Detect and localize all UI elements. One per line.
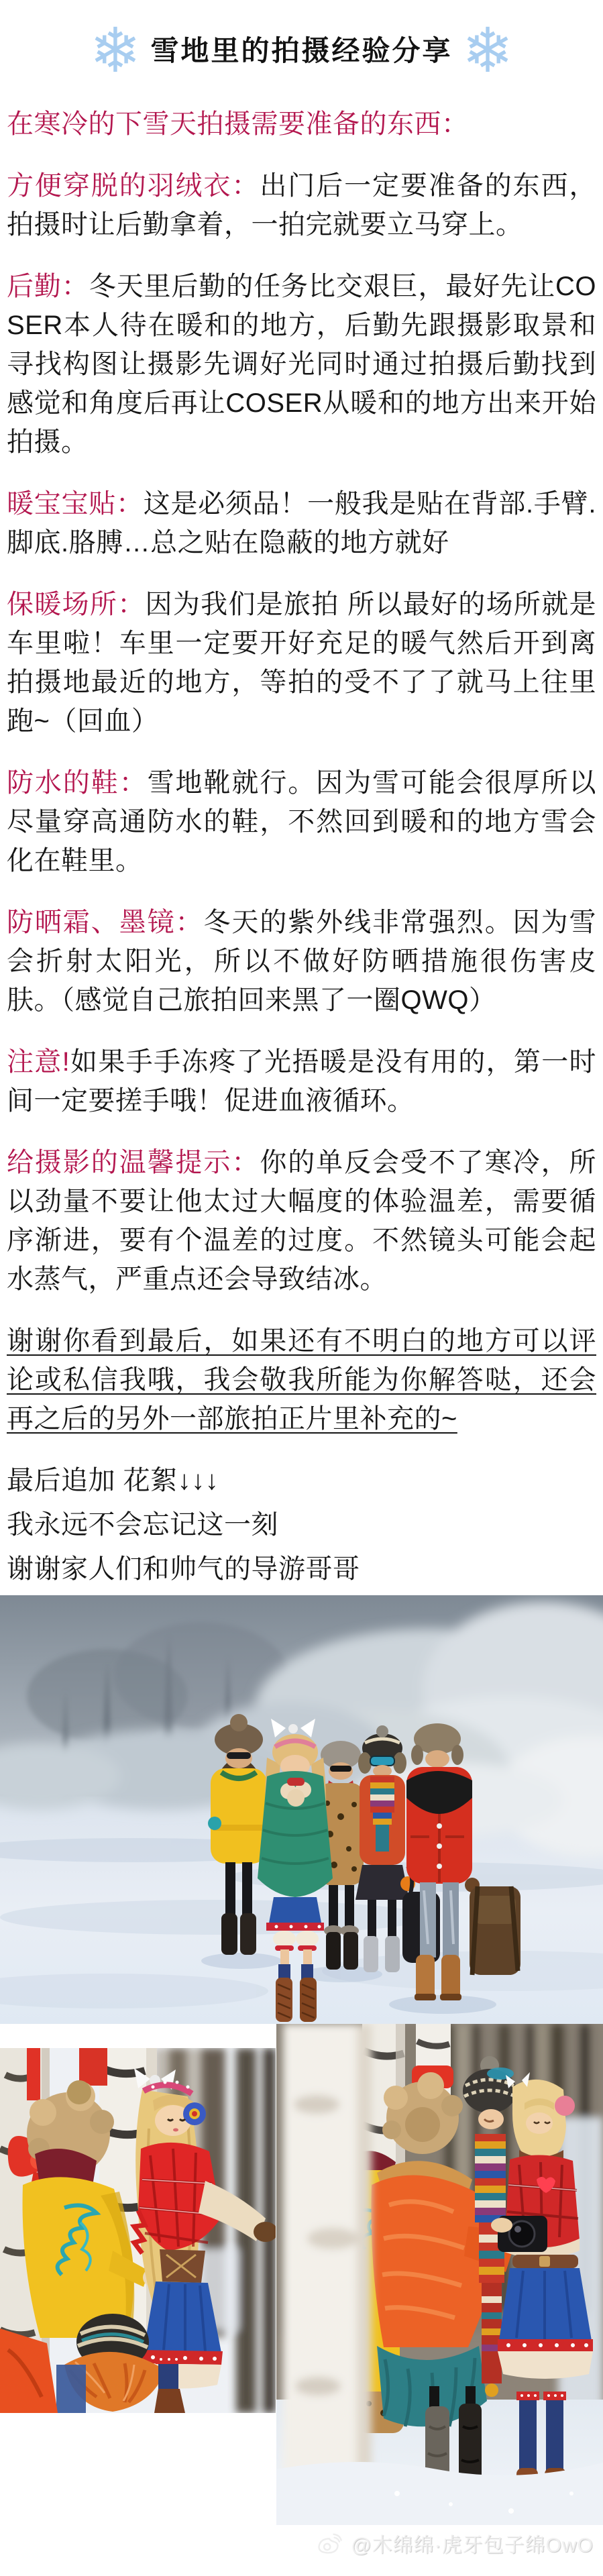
tip-heading: 方便穿脱的羽绒衣： [7, 171, 260, 201]
tip-section: 方便穿脱的羽绒衣：出门后一定要准备的东西，拍摄时让后勤拿着，一拍完就要立马穿上。 [7, 166, 596, 244]
closing-line: 最后追加 花絮↓↓↓ [7, 1461, 596, 1500]
photo-birch-couple [276, 2024, 603, 2525]
closing-line: 我永远不会忘记这一刻 [7, 1505, 596, 1544]
snowflake-icon: ❄ [462, 20, 514, 82]
tip-section: 防晒霜、墨镜：冬天的紫外线非常强烈。因为雪会折射太阳光，所以不做好防晒措施很伤害… [7, 903, 596, 1020]
tip-heading: 防水的鞋： [7, 768, 148, 798]
closing-note: 谢谢你看到最后，如果还有不明白的地方可以评论或私信我哦，我会敬我所能为你解答哒，… [7, 1322, 596, 1438]
tip-section: 暖宝宝贴：这是必须品！一般我是贴在背部.手臂.脚底.胳膊…总之贴在隐蔽的地方就好 [7, 484, 596, 562]
photo-collage: @木绵绵·虎牙包子绵OwO [0, 2024, 603, 2573]
weibo-long-post: ❄ 雪地里的拍摄经验分享 ❄ 在寒冷的下雪天拍摄需要准备的东西： 方便穿脱的羽绒… [0, 0, 603, 2573]
watermark-text: @木绵绵·虎牙包子绵OwO [351, 2528, 594, 2558]
post-body: 在寒冷的下雪天拍摄需要准备的东西： 方便穿脱的羽绒衣：出门后一定要准备的东西，拍… [0, 105, 603, 1589]
tip-section: 给摄影的温馨提示：你的单反会受不了寒冷，所以劲量不要让他太过大幅度的体验温差，需… [7, 1143, 596, 1299]
watermark: @木绵绵·虎牙包子绵OwO [315, 2528, 594, 2558]
photo-birch-bow-girls [0, 2048, 276, 2413]
tip-heading: 给摄影的温馨提示： [7, 1148, 260, 1177]
tip-heading: 注意! [7, 1047, 70, 1077]
tip-section: 在寒冷的下雪天拍摄需要准备的东西： [7, 105, 596, 144]
post-title: ❄ 雪地里的拍摄经验分享 ❄ [0, 0, 603, 82]
snowflake-icon: ❄ [89, 20, 141, 82]
tip-section: 保暖场所：因为我们是旅拍 所以最好的场所就是车里啦！车里一定要开好充足的暖气然后… [7, 585, 596, 741]
tip-heading: 暖宝宝贴： [7, 489, 144, 519]
photo-snowfield-group [0, 1595, 603, 2024]
photo-snowfield-group-illustration [0, 1595, 603, 2024]
tip-section: 后勤：冬天里后勤的任务比交艰巨，最好先让COSER本人待在暖和的地方，后勤先跟摄… [7, 267, 596, 462]
title-text: 雪地里的拍摄经验分享 [150, 36, 452, 66]
tip-heading: 后勤： [7, 272, 89, 301]
tip-heading: 防晒霜、墨镜： [7, 908, 203, 937]
photo-birch-couple-illustration [276, 2024, 603, 2525]
closing-line: 谢谢家人们和帅气的导游哥哥 [7, 1550, 596, 1589]
weibo-logo-icon [315, 2528, 344, 2558]
tip-body: 冬天里后勤的任务比交艰巨，最好先让COSER本人待在暖和的地方，后勤先跟摄影取景… [7, 272, 596, 457]
tip-heading: 在寒冷的下雪天拍摄需要准备的东西： [7, 109, 469, 139]
photo-birch-bow-girls-illustration [0, 2048, 276, 2413]
tip-section: 注意!如果手手冻疼了光捂暖是没有用的，第一时间一定要搓手哦！促进血液循环。 [7, 1042, 596, 1120]
tip-body: 如果手手冻疼了光捂暖是没有用的，第一时间一定要搓手哦！促进血液循环。 [7, 1047, 596, 1116]
tip-section: 防水的鞋：雪地靴就行。因为雪可能会很厚所以尽量穿高通防水的鞋，不然回到暖和的地方… [7, 763, 596, 880]
tip-heading: 保暖场所： [7, 590, 146, 619]
